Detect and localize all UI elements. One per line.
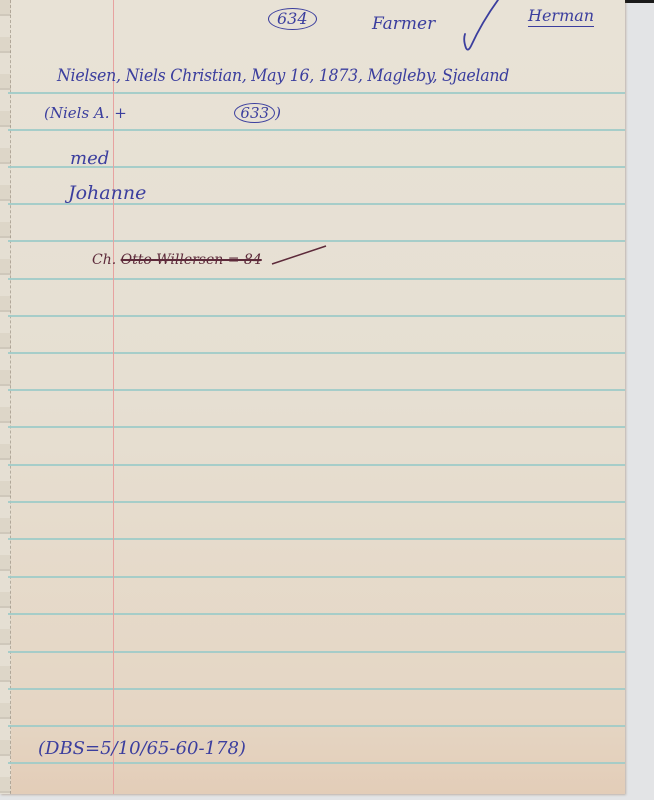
- rule-line: [8, 576, 625, 578]
- parent-note: (Niels A. +: [44, 104, 127, 122]
- record-number: 634: [268, 8, 317, 30]
- rule-line: [8, 352, 625, 354]
- strike-slash-icon: [270, 244, 328, 268]
- entry-line-2: (Niels A. + 633): [44, 103, 281, 123]
- perforated-edge: [0, 0, 11, 794]
- parent-record-ref: 633: [234, 103, 275, 123]
- crossed-out-entry: Ch. Otto Willersen = 84: [92, 252, 262, 268]
- rule-line: [8, 651, 625, 653]
- rule-line: [8, 725, 625, 727]
- spouse-label: med: [70, 148, 109, 169]
- scanner-edge: [625, 0, 654, 3]
- occupation: Farmer: [372, 14, 435, 34]
- rule-line: [8, 278, 625, 280]
- name-note: Herman: [528, 6, 594, 25]
- crossed-out-prefix: Ch.: [92, 252, 116, 268]
- spouse-name: Johanne: [68, 182, 146, 204]
- rule-line: [8, 501, 625, 503]
- rule-line: [8, 315, 625, 317]
- rule-line: [8, 389, 625, 391]
- check-mark-icon: [460, 0, 500, 54]
- rule-line: [8, 538, 625, 540]
- crossed-out-text: Otto Willersen = 84: [121, 252, 262, 268]
- rule-line: [8, 426, 625, 428]
- rule-line: [8, 464, 625, 466]
- rule-line: [8, 762, 625, 764]
- rule-line: [8, 613, 625, 615]
- entry-line-1: Nielsen, Niels Christian, May 16, 1873, …: [57, 66, 509, 86]
- rule-line: [8, 240, 625, 242]
- notebook-page: 634 Farmer Herman Nielsen, Niels Christi…: [0, 0, 625, 794]
- rule-line: [8, 129, 625, 131]
- rule-line: [8, 92, 625, 94]
- rule-line: [8, 688, 625, 690]
- source-reference: (DBS=5/10/65-60-178): [38, 738, 246, 759]
